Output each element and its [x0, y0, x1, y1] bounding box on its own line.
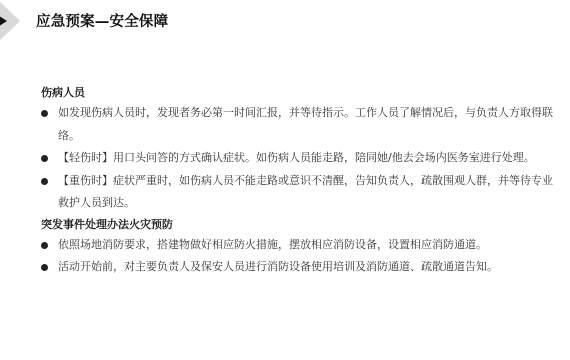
bullet-icon: [41, 264, 48, 271]
injured-list: 如发现伤病人员时，发现者务必第一时间汇报，并等待指示。工作人员了解情况后，与负责…: [41, 102, 556, 215]
section-heading-injured: 伤病人员: [41, 84, 556, 101]
list-item-text: 【重伤时】症状严重时，如伤病人员不能走路或意识不清醒，告知负责人，疏散围观人群，…: [58, 174, 553, 210]
list-item: 依照场地消防要求，搭建物做好相应防火措施，摆放相应消防设备，设置相应消防通道。: [41, 234, 556, 256]
bullet-icon: [41, 155, 48, 162]
bullet-icon: [41, 242, 48, 249]
list-item: 【轻伤时】用口头问答的方式确认症状。如伤病人员能走路，陪同她/他去会场内医务室进…: [41, 147, 556, 170]
list-item: 如发现伤病人员时，发现者务必第一时间汇报，并等待指示。工作人员了解情况后，与负责…: [41, 102, 556, 147]
list-item-text: 【轻伤时】用口头问答的方式确认症状。如伤病人员能走路，陪同她/他去会场内医务室进…: [58, 151, 535, 164]
list-item-text: 依照场地消防要求，搭建物做好相应防火措施，摆放相应消防设备，设置相应消防通道。: [58, 238, 487, 251]
list-item: 活动开始前，对主要负责人及保安人员进行消防设备使用培训及消防通道、疏散通道告知。: [41, 256, 556, 278]
bullet-icon: [41, 110, 48, 117]
page-title: 应急预案—安全保障: [36, 10, 168, 31]
content: 伤病人员 如发现伤病人员时，发现者务必第一时间汇报，并等待指示。工作人员了解情况…: [41, 84, 556, 278]
list-item-text: 活动开始前，对主要负责人及保安人员进行消防设备使用培训及消防通道、疏散通道告知。: [58, 260, 498, 273]
arrow-right-inner-icon: [0, 14, 7, 28]
list-item: 【重伤时】症状严重时，如伤病人员不能走路或意识不清醒，告知负责人，疏散围观人群，…: [41, 170, 556, 215]
list-item-text: 如发现伤病人员时，发现者务必第一时间汇报，并等待指示。工作人员了解情况后，与负责…: [58, 106, 553, 142]
bullet-icon: [41, 178, 48, 185]
section-heading-fire-prevention: 突发事件处理办法火灾预防: [41, 215, 556, 234]
fire-prevention-list: 依照场地消防要求，搭建物做好相应防火措施，摆放相应消防设备，设置相应消防通道。 …: [41, 234, 556, 278]
